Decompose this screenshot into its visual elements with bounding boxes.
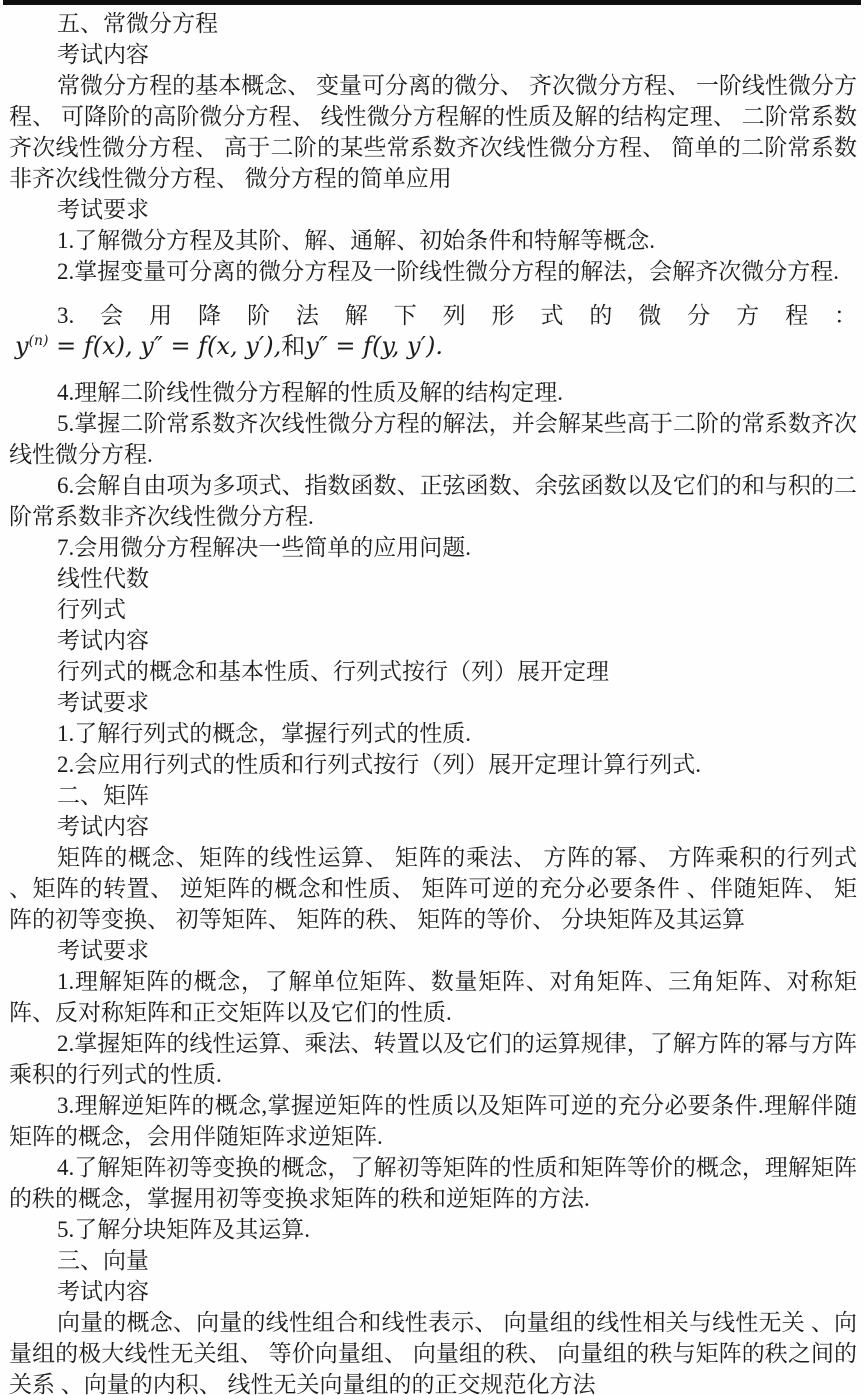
section-title-matrix: 二、矩阵: [9, 780, 857, 811]
requirement-item-matrix-4: 4.了解矩阵初等变换的概念，了解初等矩阵的性质和矩阵等价的概念，理解矩阵的秩的概…: [9, 1152, 857, 1214]
differential-equation-formula: y(n) = f(x), y″ = f(x, y′),和y″ = f(y, y′…: [9, 332, 443, 360]
requirement-item-matrix-1: 1.理解矩阵的概念，了解单位矩阵、数量矩阵、对角矩阵、三角矩阵、对称矩阵、反对称…: [9, 966, 857, 1028]
label-exam-content-ode: 考试内容: [9, 39, 857, 70]
formula-middle-part: = f(x), y″ = f(x, y′),: [49, 332, 282, 360]
requirement-item-ode-6: 6.会解自由项为多项式、指数函数、正弦函数、余弦函数以及它们的和与积的二阶常系数…: [9, 470, 857, 532]
paragraph-determinant-topics: 行列式的概念和基本性质、行列式按行（列）展开定理: [9, 656, 857, 687]
requirement-item-matrix-5: 5.了解分块矩阵及其运算.: [9, 1214, 857, 1245]
document-page: 五、常微分方程 考试内容 常微分方程的基本概念、 变量可分离的微分、 齐次微分方…: [0, 0, 865, 1395]
heading-linear-algebra: 线性代数: [9, 563, 857, 594]
requirement-item-ode-1: 1.了解微分方程及其阶、解、通解、初始条件和特解等概念.: [9, 225, 857, 256]
requirement-item-matrix-2: 2.掌握矩阵的线性运算、乘法、转置以及它们的运算规律，了解方阵的幂与方阵乘积的行…: [9, 1028, 857, 1090]
label-exam-content-determinant: 考试内容: [9, 625, 857, 656]
top-border-line: [3, 0, 861, 5]
section-title-vector: 三、向量: [9, 1245, 857, 1276]
document-body: 五、常微分方程 考试内容 常微分方程的基本概念、 变量可分离的微分、 齐次微分方…: [9, 8, 857, 1395]
requirement-item-determinant-1: 1.了解行列式的概念，掌握行列式的性质.: [9, 718, 857, 749]
requirement-item-ode-3: 3.会用降阶法解下列形式的微分方程：y(n) = f(x), y″ = f(x,…: [9, 300, 857, 362]
label-exam-content-matrix: 考试内容: [9, 811, 857, 842]
requirement-item-matrix-3: 3.理解逆矩阵的概念,掌握逆矩阵的性质以及矩阵可逆的充分必要条件.理解伴随矩阵的…: [9, 1090, 857, 1152]
label-exam-content-vector: 考试内容: [9, 1276, 857, 1307]
paragraph-ode-topics: 常微分方程的基本概念、 变量可分离的微分、 齐次微分方程、 一阶线性微分方程、 …: [9, 70, 857, 194]
label-exam-requirements-matrix: 考试要求: [9, 935, 857, 966]
formula-tail-part: y″ = f(y, y′).: [305, 332, 443, 360]
requirement-item-ode-5: 5.掌握二阶常系数齐次线性微分方程的解法，并会解某些高于二阶的常系数齐次线性微分…: [9, 408, 857, 470]
section-title-ode: 五、常微分方程: [9, 8, 857, 39]
requirement-item-determinant-2: 2.会应用行列式的性质和行列式按行（列）展开定理计算行列式.: [9, 749, 857, 780]
formula-he-text: 和: [281, 332, 305, 360]
paragraph-vector-topics: 向量的概念、向量的线性组合和线性表示、 向量组的线性相关与线性无关 、向量组的极…: [9, 1307, 857, 1395]
requirement-item-ode-7: 7.会用微分方程解决一些简单的应用问题.: [9, 532, 857, 563]
requirement-item-ode-2: 2.掌握变量可分离的微分方程及一阶线性微分方程的解法，会解齐次微分方程.: [9, 256, 857, 287]
paragraph-matrix-topics: 矩阵的概念、矩阵的线性运算、 矩阵的乘法、 方阵的幂、 方阵乘积的行列式 、矩阵…: [9, 842, 857, 935]
formula-y-symbol: y: [15, 332, 29, 360]
requirement-item-ode-4: 4.理解二阶线性微分方程解的性质及解的结构定理.: [9, 377, 857, 408]
requirement-item-ode-3-text: 3.会用降阶法解下列形式的微分方程：: [57, 303, 857, 328]
heading-determinant: 行列式: [9, 594, 857, 625]
label-exam-requirements-ode: 考试要求: [9, 194, 857, 225]
label-exam-requirements-determinant: 考试要求: [9, 687, 857, 718]
formula-superscript-n: (n): [29, 333, 49, 349]
